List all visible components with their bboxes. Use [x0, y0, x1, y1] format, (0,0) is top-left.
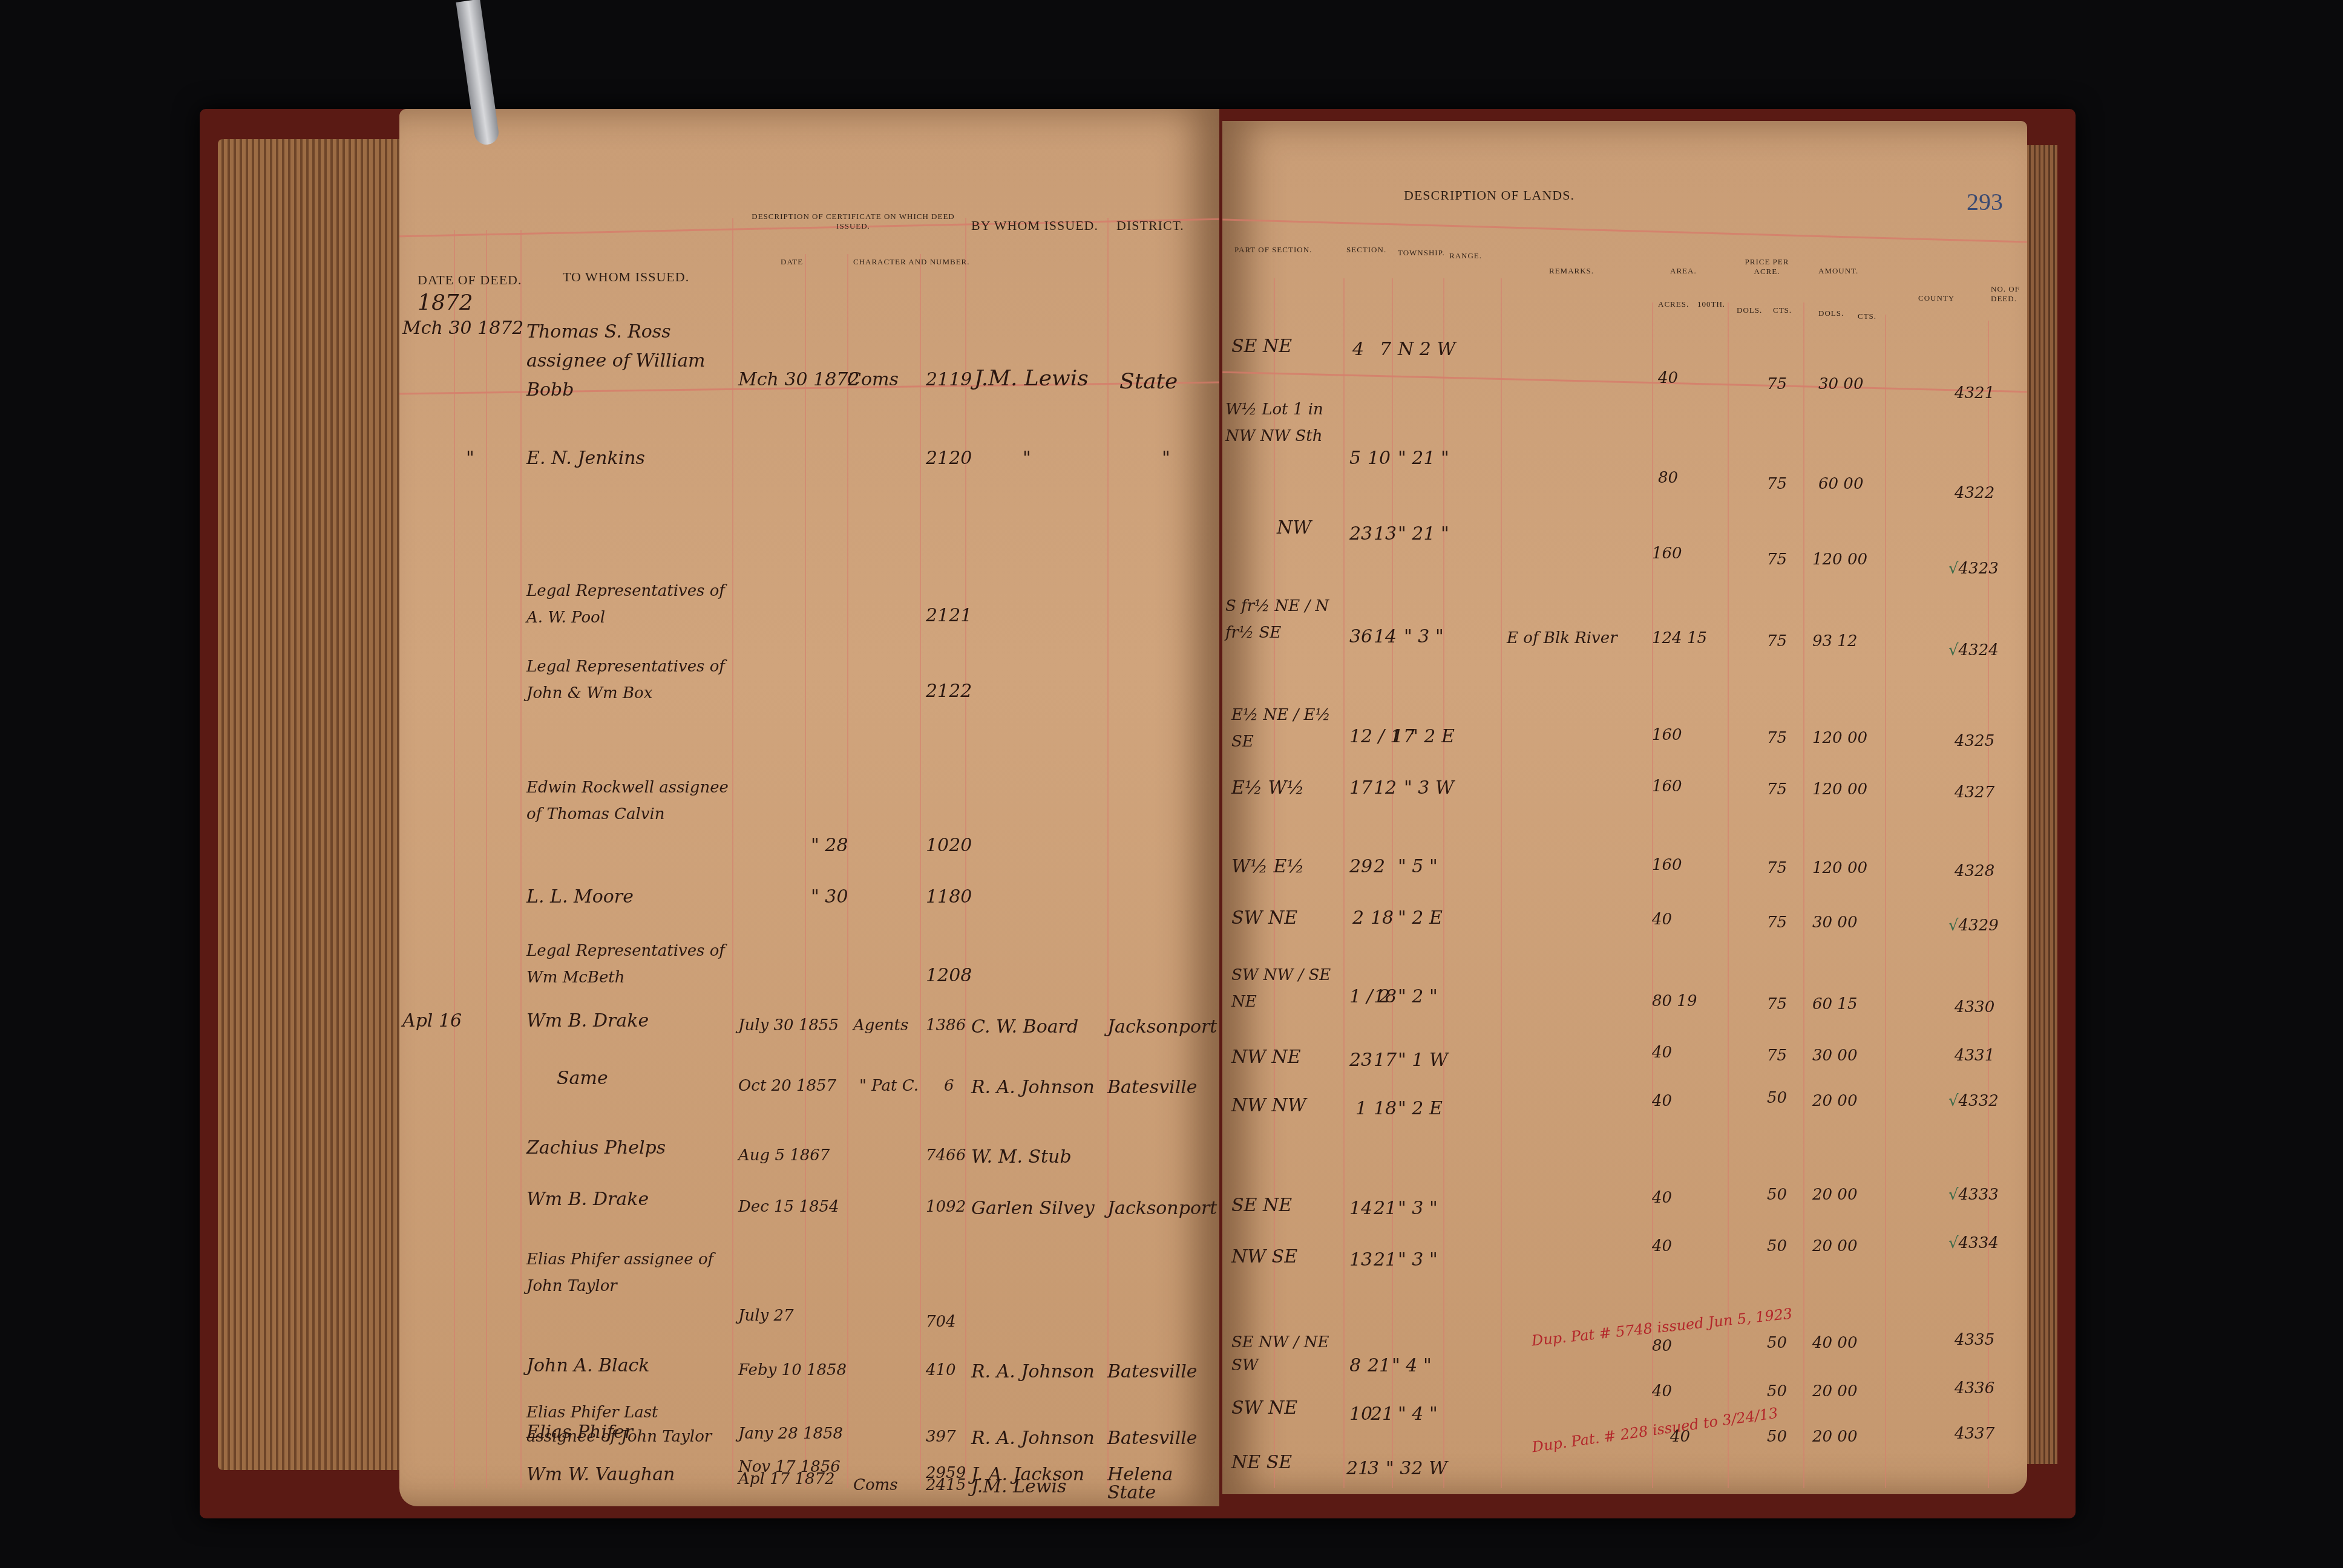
header-to-whom-issued: To Whom Issued. — [563, 269, 689, 285]
header-cert-character-number: Character and Number. — [853, 257, 970, 267]
deed-number: 4333 — [1959, 1186, 1999, 1204]
header-remarks: Remarks. — [1549, 266, 1594, 276]
right-page: 293 Description of Lands. Part of Sectio… — [1222, 121, 2027, 1494]
page-edges-left — [218, 139, 399, 1470]
header-amount: Amount. — [1818, 266, 1858, 276]
header-amount-cts: Cts. — [1858, 312, 1876, 321]
header-amount-dols: Dols. — [1818, 309, 1844, 318]
header-price-cts: Cts. — [1773, 305, 1792, 315]
deed-number: 4323 — [1959, 560, 1999, 578]
header-cert-date: Date — [781, 257, 803, 267]
header-certificate-description: Description of Certificate on which Deed… — [750, 212, 956, 231]
left-page: Date of Deed. To Whom Issued. Descriptio… — [399, 109, 1219, 1506]
header-price-per-acre: Price per Acre. — [1737, 257, 1797, 276]
header-description-of-lands: Description of Lands. — [1404, 188, 1575, 203]
header-county: County — [1918, 293, 1955, 303]
deed-number: 4334 — [1959, 1234, 1999, 1252]
header-by-whom-issued: By Whom Issued. — [971, 218, 1098, 234]
header-area-acres: Acres. — [1658, 299, 1689, 309]
red-annotation: Dup. Pat. # 228 issued to 3/24/13 — [1531, 1405, 1779, 1456]
header-area-100th: 100th. — [1697, 299, 1725, 309]
page-number: 293 — [1967, 188, 2003, 216]
header-price-dols: Dols. — [1737, 305, 1762, 315]
header-section: Section. — [1346, 245, 1386, 255]
header-township: Township. — [1398, 248, 1445, 258]
header-area: Area. — [1670, 266, 1697, 276]
header-date-of-deed: Date of Deed. — [418, 272, 522, 288]
header-part-of-section: Part of Section. — [1234, 245, 1312, 255]
header-no-of-deed: No. of Deed. — [1991, 284, 2027, 304]
deed-number: 4324 — [1959, 641, 1999, 659]
deed-number: 4329 — [1959, 916, 1999, 935]
deed-number: 4332 — [1959, 1092, 1999, 1110]
header-district: District. — [1116, 218, 1184, 234]
ledger-year: 1872 — [418, 290, 473, 315]
header-range: Range. — [1449, 251, 1482, 261]
